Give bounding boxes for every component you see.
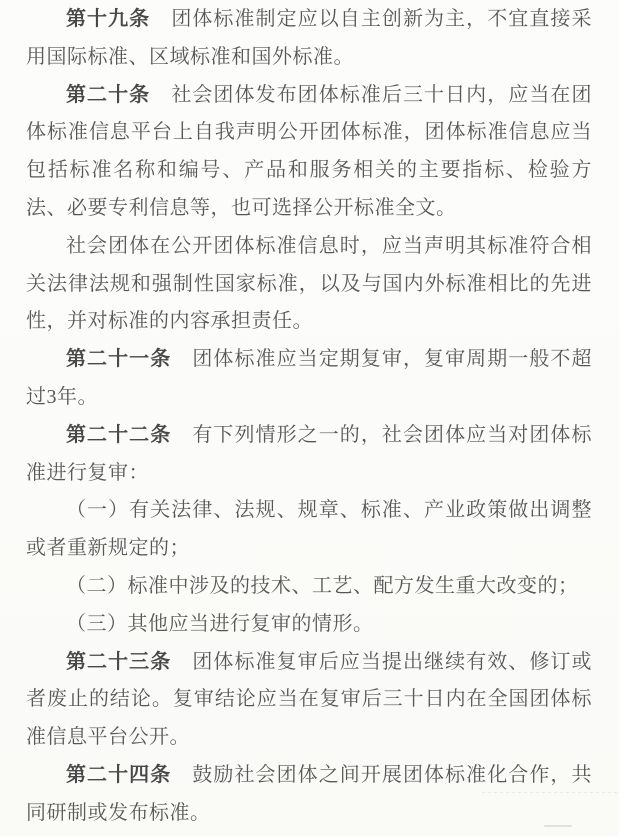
document-page: 第十九条团体标准制定应以自主创新为主，不宜直接采用国际标准、区域标准和国外标准。… — [0, 0, 619, 836]
article-paragraph: 第二十一条团体标准应当定期复审，复审周期一般不超过3年。 — [26, 341, 592, 417]
article-paragraph: 第二十条社会团体发布团体标准后三十日内，应当在团体标准信息平台上自我声明公开团体… — [26, 77, 592, 228]
article-paragraph: 第十九条团体标准制定应以自主创新为主，不宜直接采用国际标准、区域标准和国外标准。 — [26, 1, 592, 77]
list-item-paragraph: （一）有关法律、法规、规章、标准、产业政策做出调整或者重新规定的； — [26, 492, 592, 568]
article-paragraph: 第二十四条鼓励社会团体之间开展团体标准化合作，共同研制或发布标准。 — [26, 757, 592, 833]
article-number: 第十九条 — [66, 8, 171, 30]
scan-artifact-streak — [482, 792, 617, 793]
article-number: 第二十三条 — [66, 651, 192, 673]
article-paragraph: 社会团体在公开团体标准信息时，应当声明其标准符合相关法律法规和强制性国家标准，以… — [26, 228, 592, 341]
paragraph-text: （三）其他应当进行复审的情形。 — [66, 613, 374, 635]
paragraph-text: （一）有关法律、法规、规章、标准、产业政策做出调整或者重新规定的； — [26, 499, 592, 559]
paragraph-text: （二）标准中涉及的技术、工艺、配方发生重大改变的； — [66, 575, 579, 597]
article-number: 第二十条 — [66, 84, 171, 106]
list-item-paragraph: （三）其他应当进行复审的情形。 — [26, 606, 592, 644]
article-number: 第二十二条 — [66, 424, 192, 446]
list-item-paragraph: （二）标准中涉及的技术、工艺、配方发生重大改变的； — [26, 568, 592, 606]
article-number: 第二十四条 — [66, 764, 192, 786]
paragraph-text: 社会团体在公开团体标准信息时，应当声明其标准符合相关法律法规和强制性国家标准，以… — [26, 235, 592, 333]
article-paragraph: 第二十二条有下列情形之一的，社会团体应当对团体标准进行复审： — [26, 417, 592, 493]
article-number: 第二十一条 — [66, 348, 192, 370]
article-paragraph: 第二十三条团体标准复审后应当提出继续有效、修订或者废止的结论。复审结论应当在复审… — [26, 644, 592, 757]
scan-artifact-mark — [544, 825, 572, 827]
